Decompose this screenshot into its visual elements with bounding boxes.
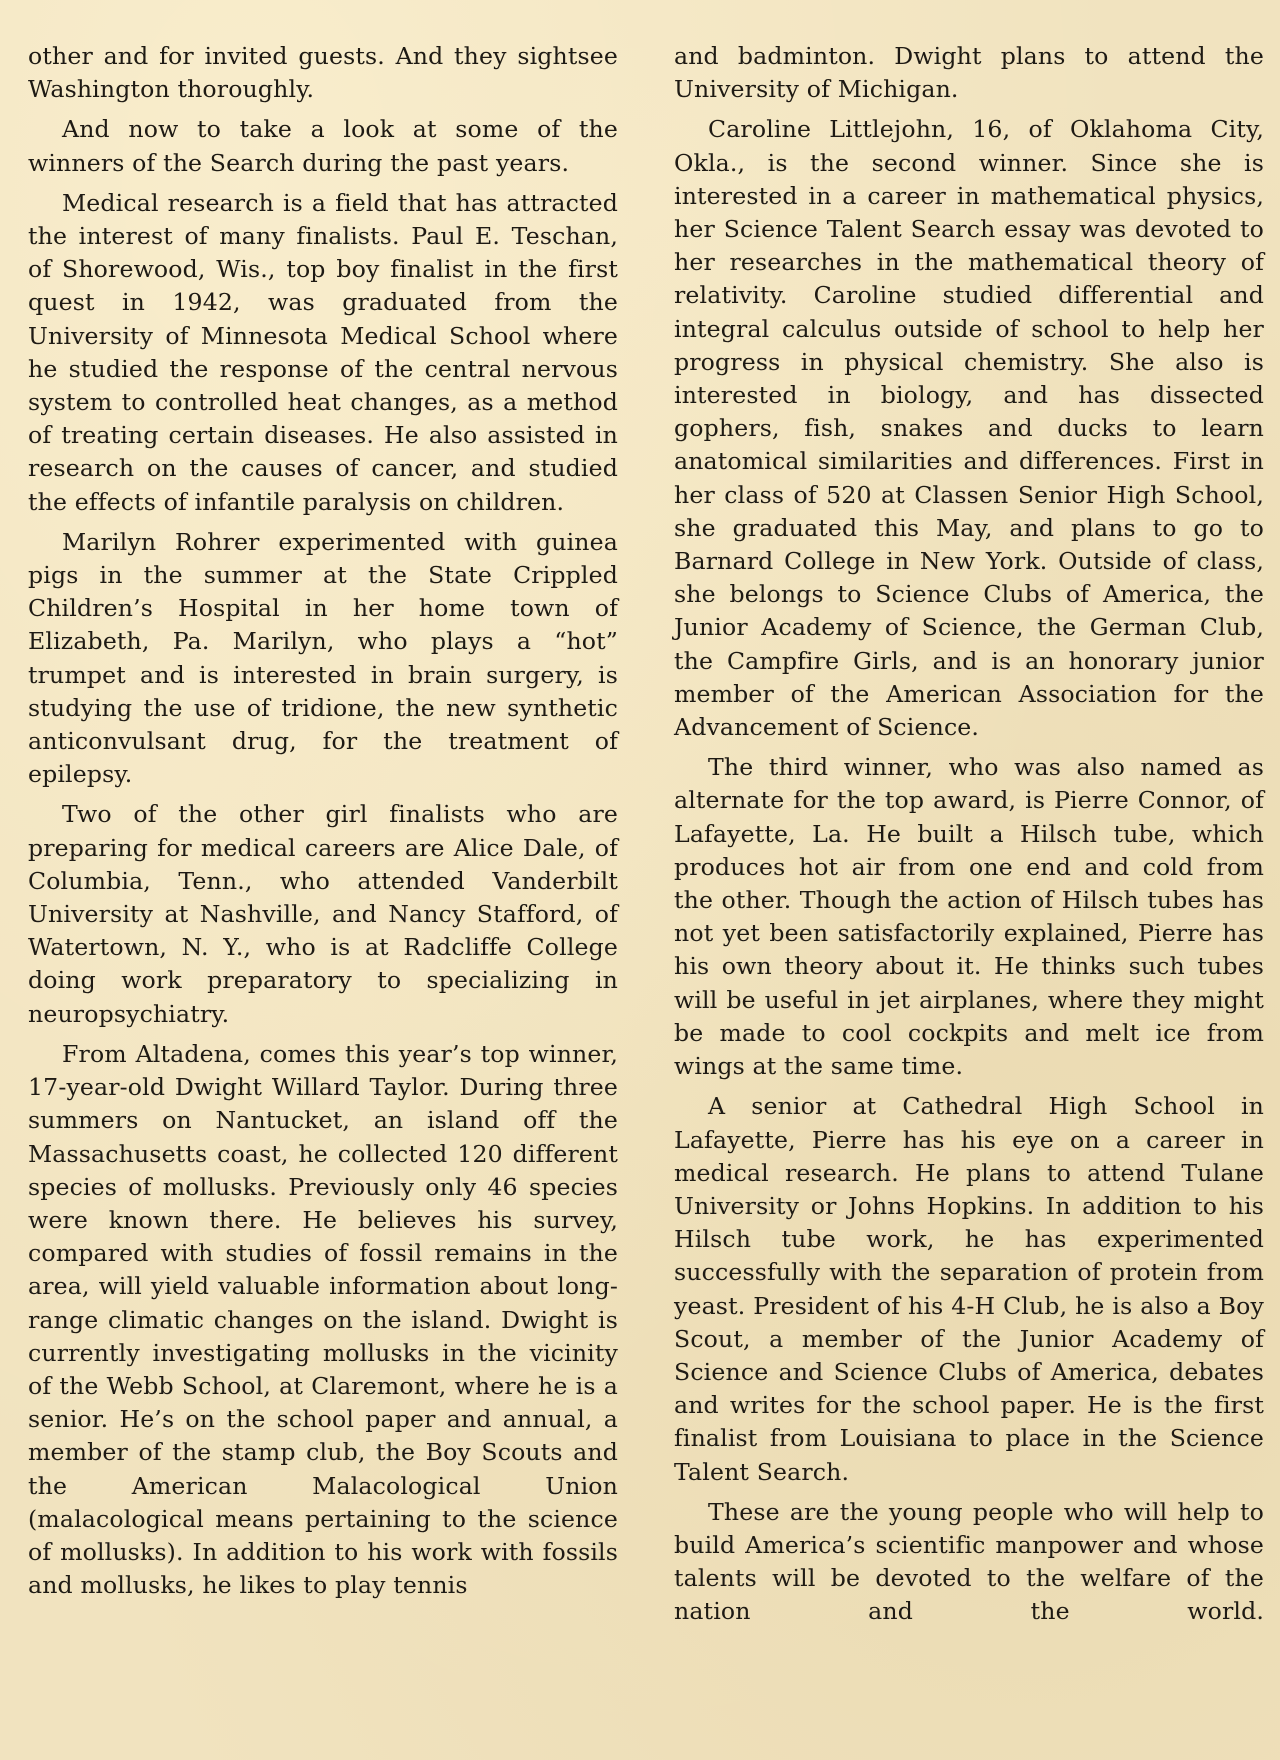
- paragraph-pierre-senior: A senior at Cathedral High School in Laf…: [674, 1090, 1264, 1488]
- right-column: and badminton. Dwight plans to attend th…: [674, 40, 1264, 1740]
- paragraph-marilyn-rohrer: Marilyn Rohrer experimented with guinea …: [28, 526, 618, 792]
- paragraph-continued-dwight: and badminton. Dwight plans to attend th…: [674, 40, 1264, 106]
- left-column: other and for invited guests. And they s…: [28, 40, 618, 1740]
- paragraph-continued-guests: other and for invited guests. And they s…: [28, 40, 618, 106]
- paragraph-dwight-taylor: From Altadena, comes this year’s top win…: [28, 1038, 618, 1602]
- newspaper-page: other and for invited guests. And they s…: [28, 40, 1268, 1740]
- paragraph-pierre-connor: The third winner, who was also named as …: [674, 751, 1264, 1083]
- paragraph-winners-intro: And now to take a look at some of the wi…: [28, 113, 618, 179]
- paragraph-paul-teschan: Medical research is a field that has att…: [28, 187, 618, 519]
- paragraph-closing: These are the young people who will help…: [674, 1496, 1264, 1629]
- paragraph-girl-finalists: Two of the other girl finalists who are …: [28, 798, 618, 1030]
- paragraph-caroline-littlejohn: Caroline Littlejohn, 16, of Oklahoma Cit…: [674, 113, 1264, 744]
